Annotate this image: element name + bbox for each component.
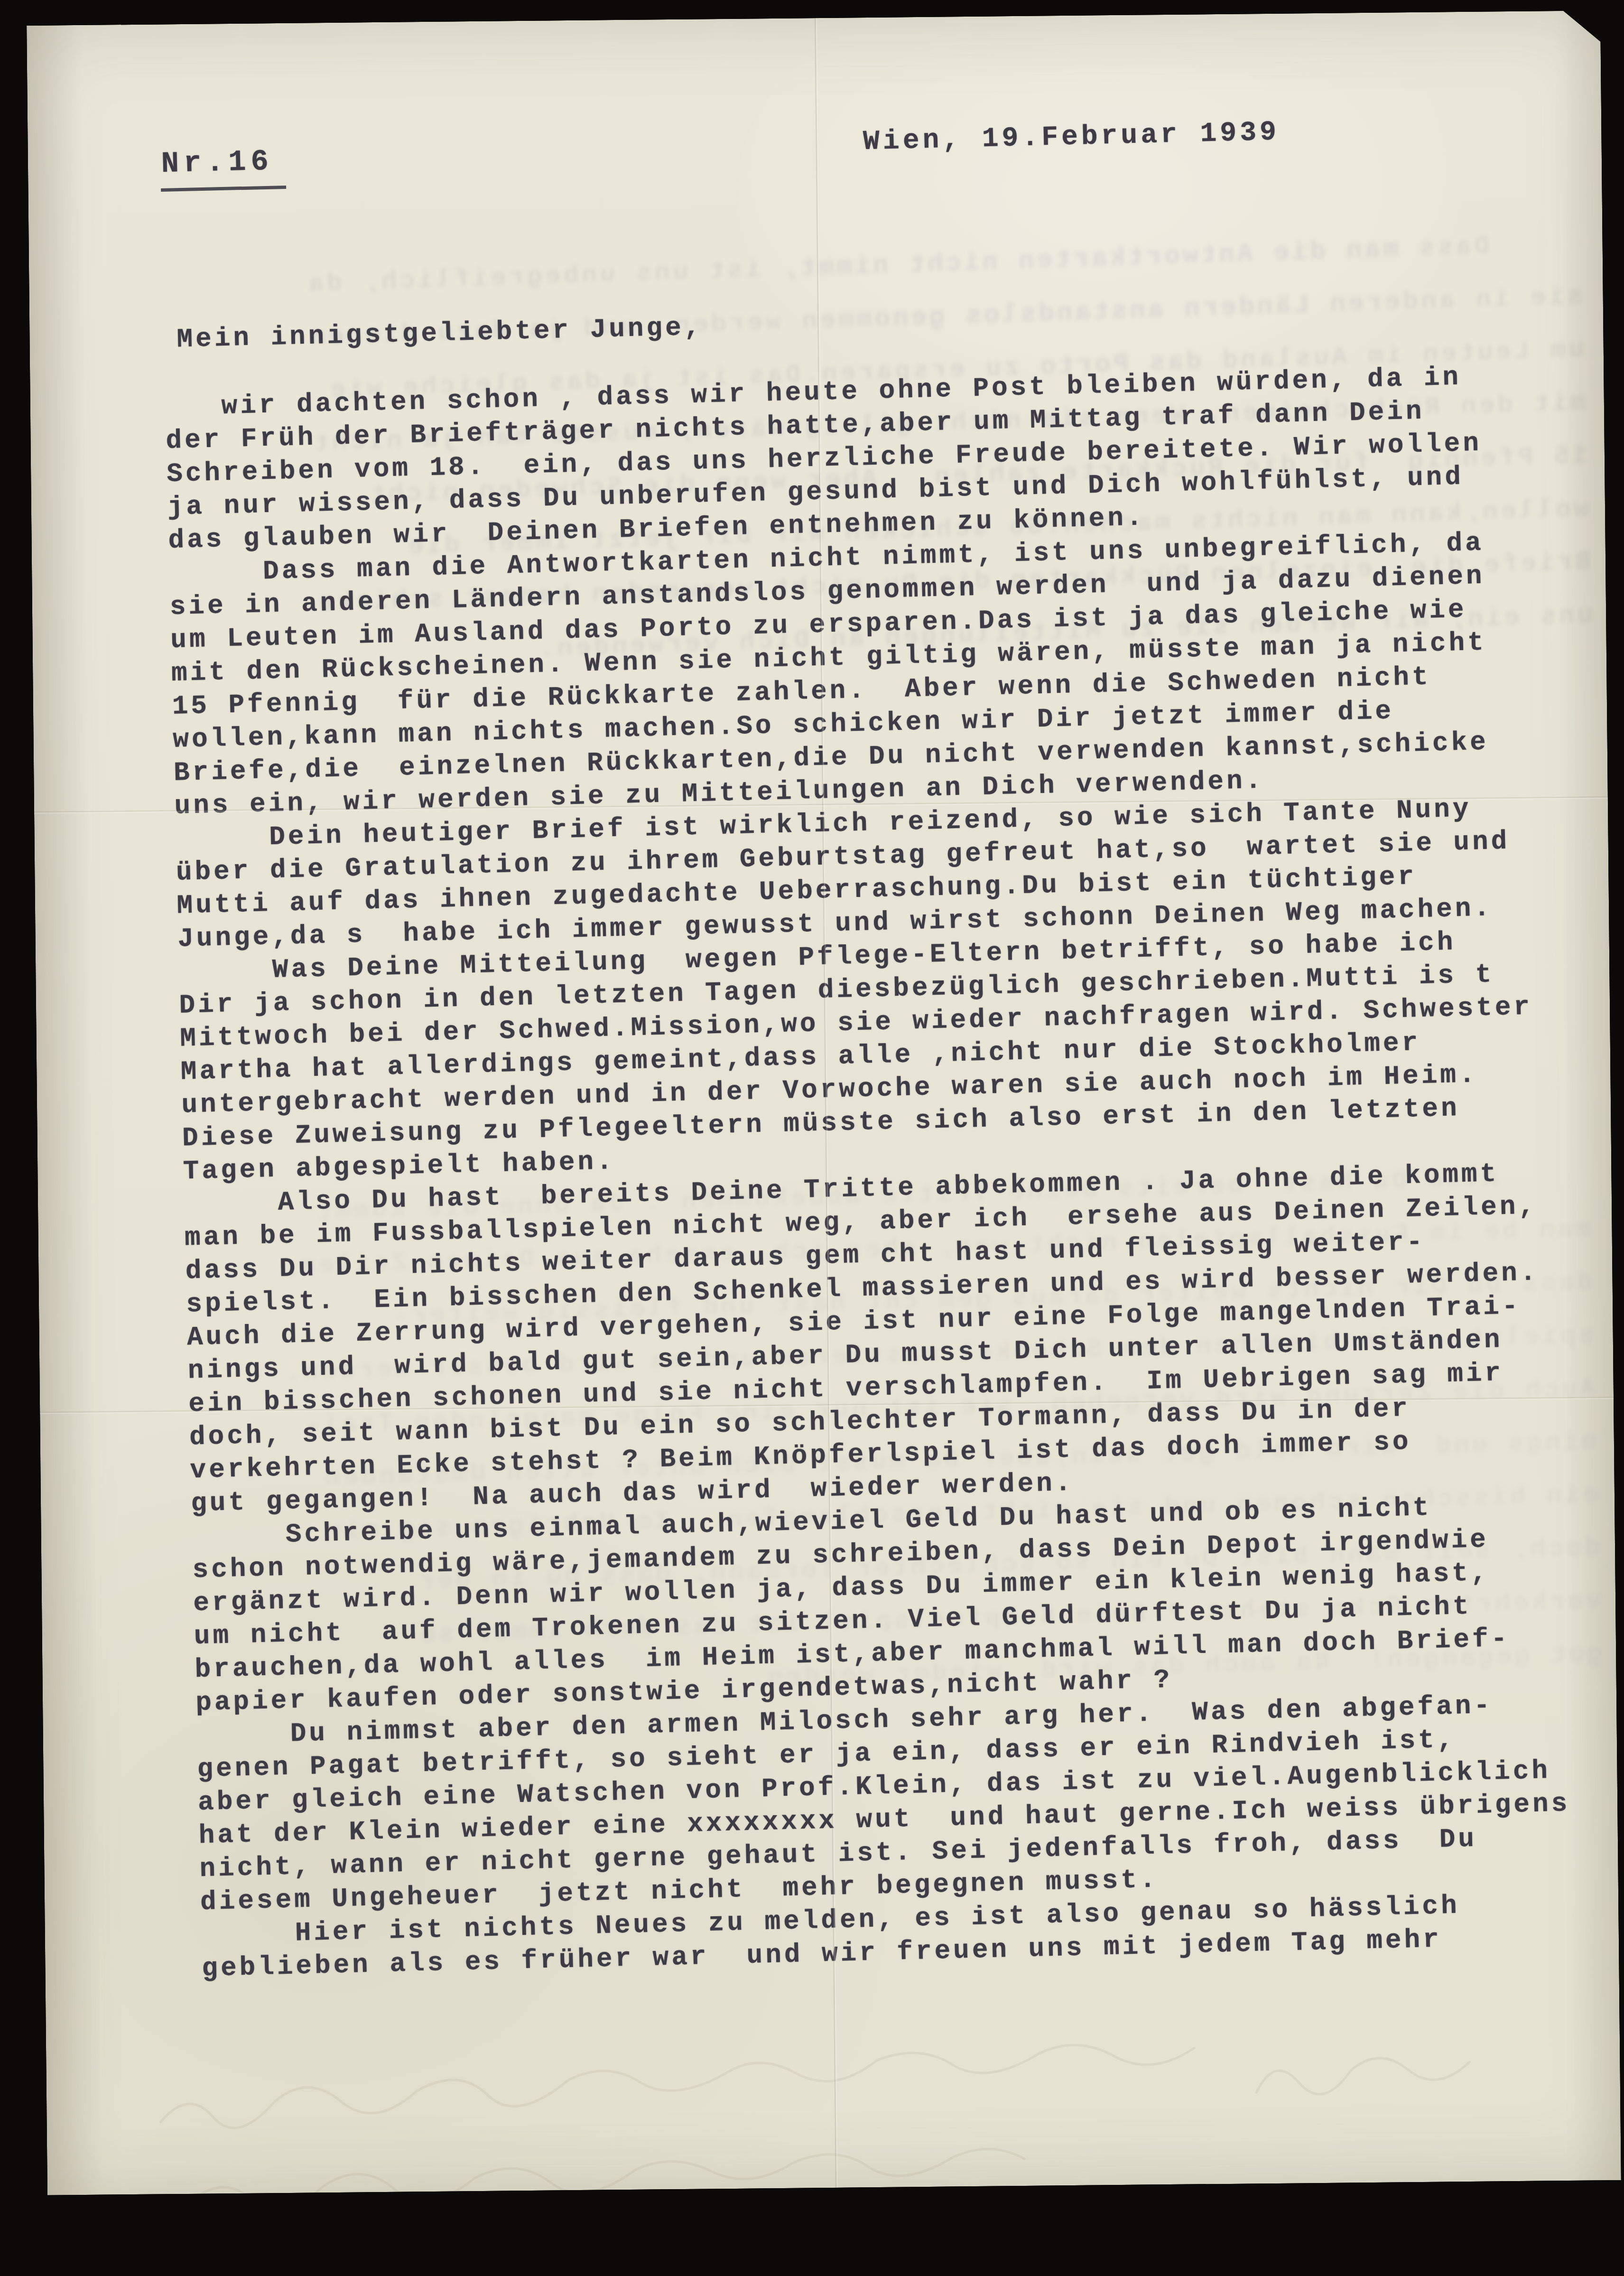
letter-paragraph: Also Du hast bereits Deine Tritte abbeko… [184, 1154, 1621, 1520]
typed-text-layer: Nr.16 Wien, 19.Februar 1939 Mein innigst… [27, 10, 1621, 2195]
letter-paragraph: Dass man die Antwortkarten nicht nimmt, … [168, 523, 1621, 823]
letter-paragraph: Du nimmst aber den armen Milosch sehr ar… [196, 1685, 1621, 1919]
photo-background: Dass man die Antwortkarten nicht nimmt, … [0, 0, 1624, 2276]
letter-paragraph: wir dachten schon , dass wir heute ohne … [165, 357, 1620, 557]
letter-paragraph: Was Deine Mitteilung wegen Pflege-Eltern… [178, 922, 1621, 1188]
letter-paragraph: Schreibe uns einmal auch,wieviel Geld Du… [191, 1486, 1621, 1719]
letter-page: Dass man die Antwortkarten nicht nimmt, … [27, 10, 1621, 2195]
letter-number: Nr.16 [160, 144, 286, 192]
letter-salutation: Mein innigstgeliebter Junge, [176, 312, 703, 354]
letter-dateline: Wien, 19.Februar 1939 [863, 117, 1280, 158]
letter-body: wir dachten schon , dass wir heute ohne … [165, 357, 1621, 1985]
